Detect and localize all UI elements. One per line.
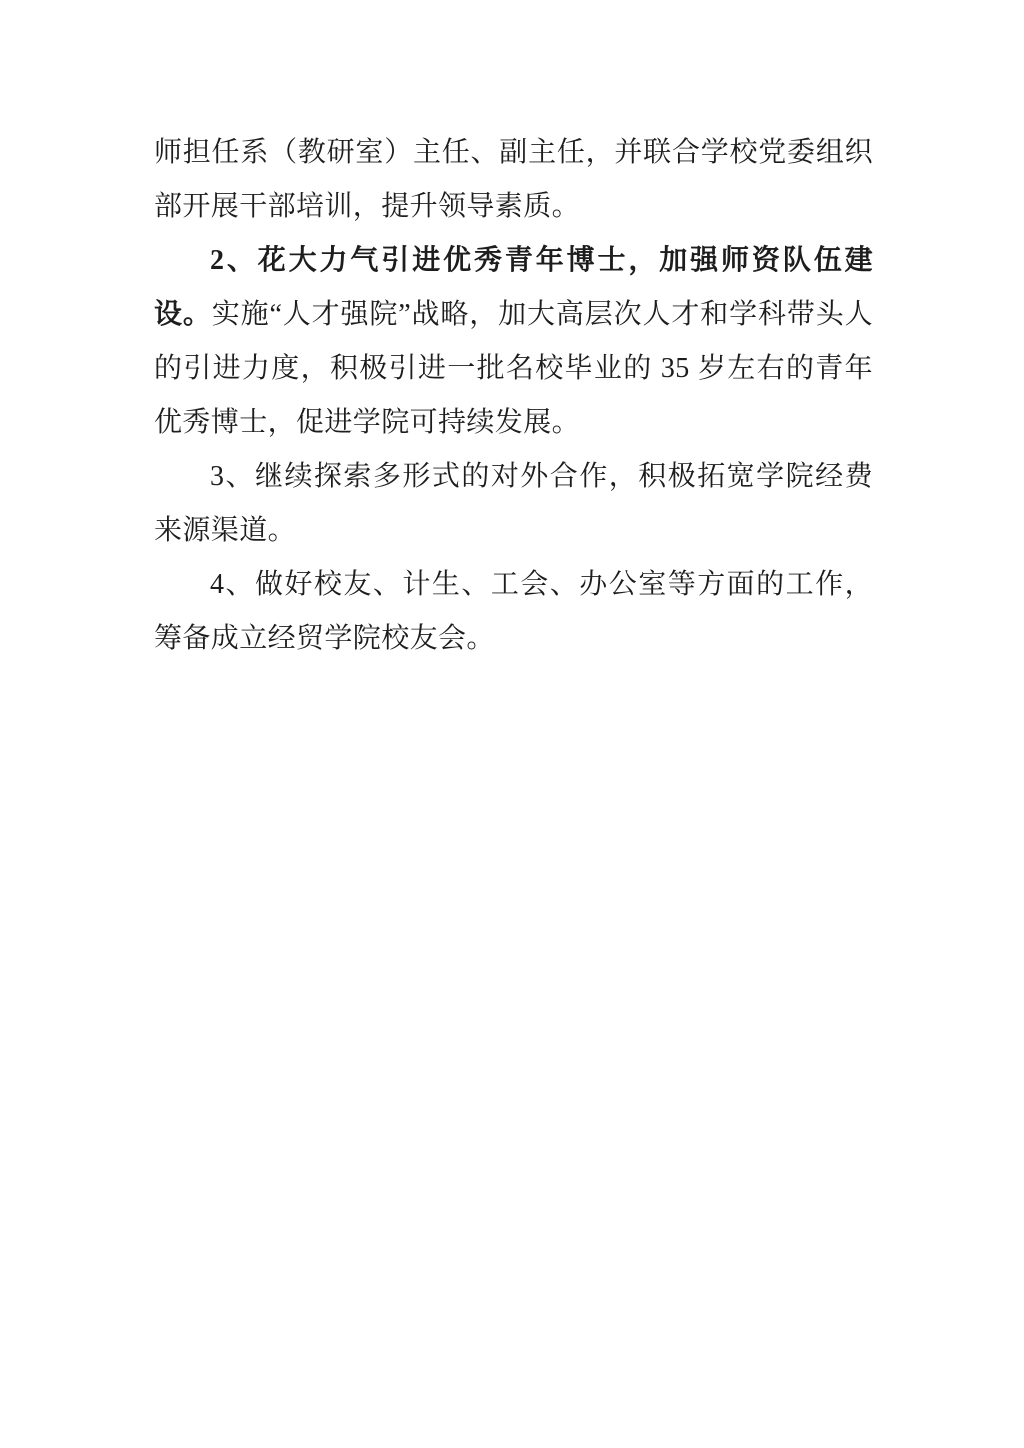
- paragraph-item-2: 2、花大力气引进优秀青年博士，加强师资队伍建设。实施“人才强院”战略，加大高层次…: [154, 234, 873, 450]
- document-text-block: 师担任系（教研室）主任、副主任，并联合学校党委组织部开展干部培训，提升领导素质。…: [154, 126, 873, 666]
- paragraph-text: 师担任系（教研室）主任、副主任，并联合学校党委组织部开展干部培训，提升领导素质。: [154, 137, 873, 222]
- paragraph-text: 4、做好校友、计生、工会、办公室等方面的工作，筹备成立经贸学院校友会。: [154, 569, 873, 654]
- paragraph-item-3: 3、继续探索多形式的对外合作，积极拓宽学院经费来源渠道。: [154, 450, 873, 558]
- paragraph-text: 3、继续探索多形式的对外合作，积极拓宽学院经费来源渠道。: [154, 461, 873, 546]
- paragraph-body-text: 实施“人才强院”战略，加大高层次人才和学科带头人的引进力度，积极引进一批名校毕业…: [154, 299, 873, 438]
- paragraph-item-4: 4、做好校友、计生、工会、办公室等方面的工作，筹备成立经贸学院校友会。: [154, 558, 873, 666]
- paragraph-continuation: 师担任系（教研室）主任、副主任，并联合学校党委组织部开展干部培训，提升领导素质。: [154, 126, 873, 234]
- document-page: 师担任系（教研室）主任、副主任，并联合学校党委组织部开展干部培训，提升领导素质。…: [0, 0, 1024, 1448]
